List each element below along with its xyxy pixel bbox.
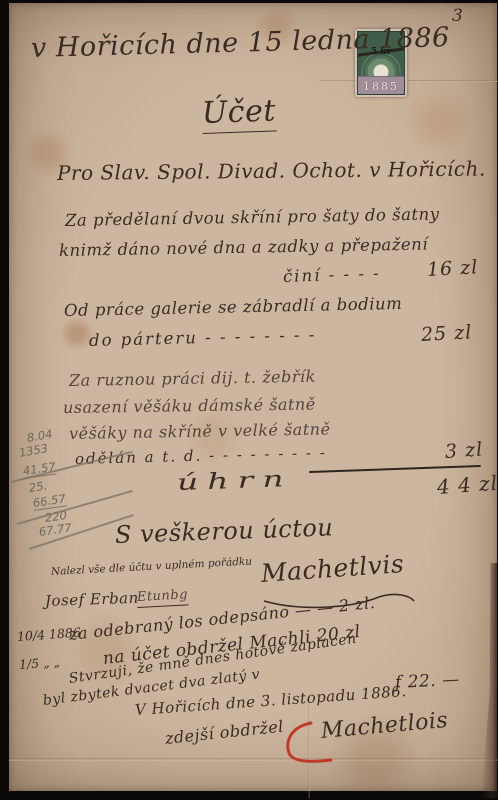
entry-2-date: 1/5 „ „ — [18, 654, 60, 672]
item-3-line-1: Za ruznou práci dij. t. žebřík — [69, 367, 316, 390]
paper-fold-line — [9, 758, 498, 761]
stamp-year: 1885 — [358, 80, 404, 93]
page-number: 3 — [452, 6, 463, 26]
recipient-line: Pro Slav. Spol. Divad. Ochot. v Hořicích… — [57, 157, 486, 185]
paper-sheet: 3 5 kr 1885 v Hořicích dne 15 ledna 1886… — [9, 3, 497, 791]
total-amount: 4 4 zl — [436, 471, 498, 499]
item-1-line-2: knimž dáno nové dna a zadky a přepažení — [59, 235, 428, 260]
witness-title: Etunbg — [137, 587, 189, 608]
total-label-scribble: úhrn — [177, 467, 293, 496]
first-signature: Machetlvis — [260, 549, 405, 588]
item-1-line-1: Za předělaní dvou skříní pro šaty do šat… — [65, 204, 440, 230]
item-2-line-1: Od práce galerie se zábradlí a bodium — [64, 294, 403, 320]
item-2-line-2: do párteru - - - - - - - - — [89, 325, 317, 350]
inspection-note: Nalezl vše dle účtu v uplném pořádku — [51, 555, 253, 578]
item-3-line-3: věšáky na skříně v velké šatně — [69, 419, 331, 443]
item-2-amount: 25 zl — [420, 321, 472, 346]
photo-of-document: 3 5 kr 1885 v Hořicích dne 15 ledna 1886… — [0, 0, 498, 800]
pencil-number-4: 25. — [28, 479, 48, 495]
received-note: zdejší obdržel — [164, 717, 285, 748]
item-1-line-3: činí - - - - — [283, 264, 381, 286]
final-signature: Machetlois — [320, 708, 449, 744]
document-title: Účet — [201, 93, 276, 134]
item-3-line-2: usazení věšáku dámské šatně — [63, 394, 316, 417]
item-3-amount: 3 zl — [444, 438, 484, 463]
torn-paper-edge — [481, 563, 497, 798]
paper-crease — [319, 80, 498, 82]
total-rule — [309, 465, 481, 473]
closing-salutation: S veškerou úctou — [115, 513, 334, 549]
stamp-year-band: 1885 — [358, 76, 404, 94]
item-1-amount: 16 zl — [426, 256, 478, 281]
witness-name: Josef Erban — [45, 589, 139, 610]
pencil-number-2: 1353 — [18, 441, 49, 460]
